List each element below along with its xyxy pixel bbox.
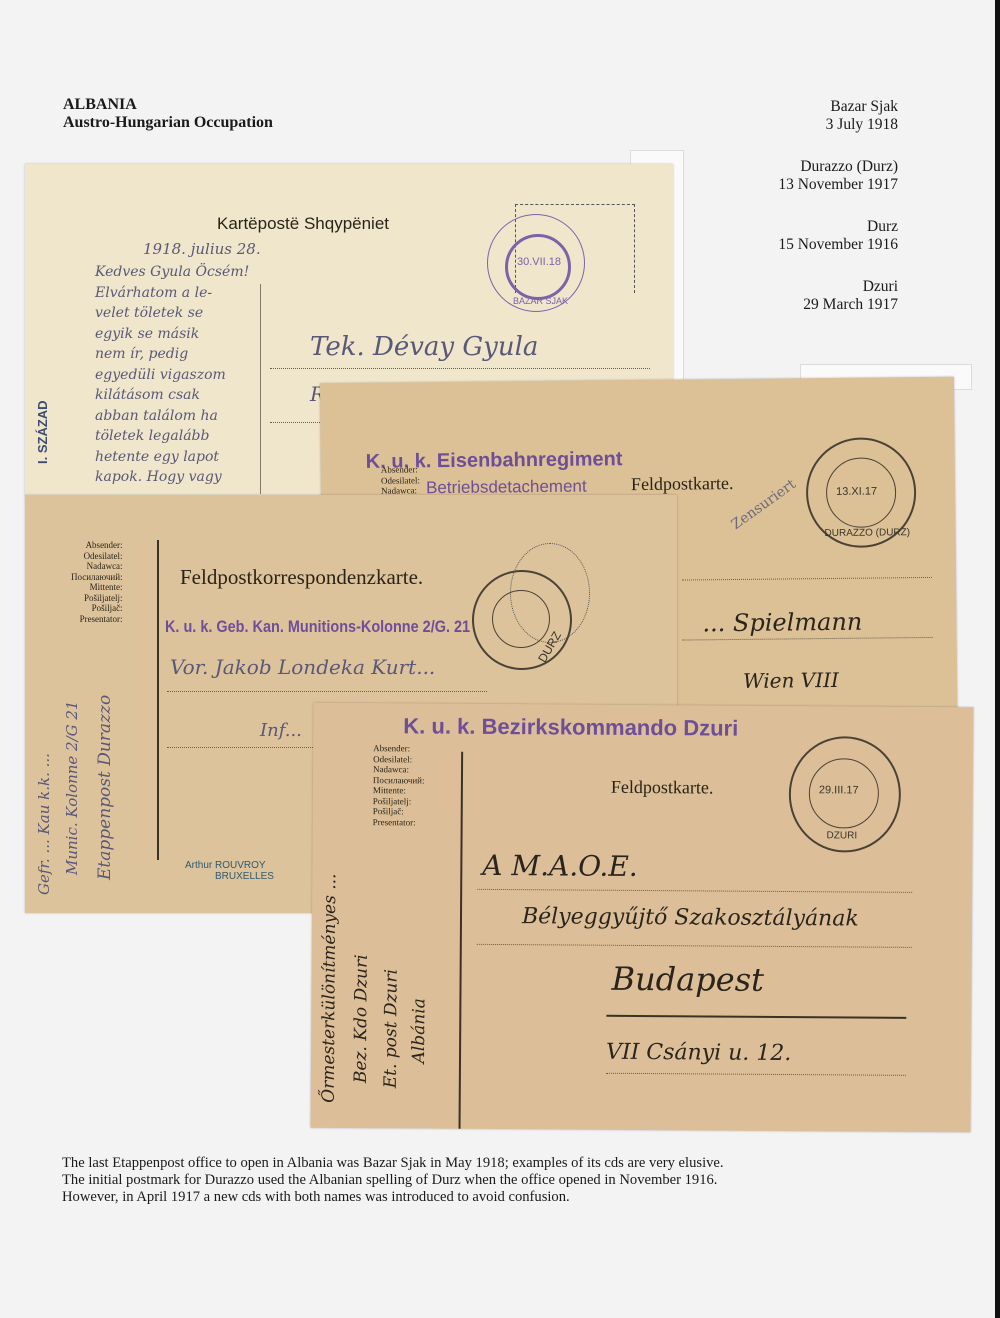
address-name: Vor. Jakob Londeka Kurt... bbox=[170, 655, 435, 679]
postmark-list: Bazar Sjak 3 July 1918 Durazzo (Durz) 13… bbox=[778, 98, 898, 338]
address-line bbox=[167, 691, 487, 692]
sender-labels: Absender:Odesilatel:Nadawca:Посилаючий:M… bbox=[71, 540, 123, 624]
card-title: Kartëpostë Shqypëniet bbox=[217, 214, 389, 234]
sender-label: Absender: bbox=[373, 743, 425, 754]
sender-label: Pošiljač: bbox=[71, 603, 123, 614]
sender-line: Albánia bbox=[409, 998, 429, 1063]
caption-line: The initial postmark for Durazzo used th… bbox=[62, 1172, 942, 1189]
postmark-entry: Dzuri 29 March 1917 bbox=[778, 278, 898, 314]
page-header: ALBANIA Austro-Hungarian Occupation bbox=[63, 96, 273, 132]
label: Absender: bbox=[381, 464, 420, 475]
sender-label: Absender: bbox=[71, 540, 123, 551]
printer-imprint: Arthur ROUVROY BRUXELLES bbox=[185, 860, 274, 882]
address-line bbox=[477, 889, 912, 893]
message-line: Kedves Gyula Öcsém! bbox=[95, 262, 249, 283]
office-name: Durz bbox=[778, 218, 898, 236]
office-name: Dzuri bbox=[778, 278, 898, 296]
sender-label: Odesilatel: bbox=[71, 551, 123, 562]
message-line: velet töletek se bbox=[95, 303, 249, 324]
unit-cachet: K. u. k. Geb. Kan. Munitions-Kolonne 2/G… bbox=[165, 617, 470, 637]
handwritten-message: Kedves Gyula Öcsém!Elvárhatom a le-velet… bbox=[95, 262, 249, 488]
address-name: ... Spielmann bbox=[702, 608, 862, 638]
page-subtitle: Austro-Hungarian Occupation bbox=[63, 114, 273, 132]
message-line: kilátásom csak bbox=[95, 385, 249, 406]
message-line: nem ír, pedig bbox=[95, 344, 249, 365]
sender-label: Mittente: bbox=[71, 582, 123, 593]
address-line: Bélyeggyűjtő Szakosztályának bbox=[522, 904, 859, 931]
sender-labels: Absender: Odesilatel: Nadawca: bbox=[381, 464, 420, 496]
address-street: VII Csányi u. 12. bbox=[606, 1040, 791, 1066]
sender-label: Presentator: bbox=[373, 817, 425, 828]
sender-label: Pošiljatelj: bbox=[373, 796, 425, 807]
divider-line bbox=[260, 284, 261, 494]
side-imprint: I. SZÁZAD bbox=[35, 400, 50, 464]
address-line-2: Inf... bbox=[260, 720, 302, 741]
address-line bbox=[682, 577, 932, 581]
page-caption: The last Etappenpost office to open in A… bbox=[62, 1155, 942, 1206]
card-title: Feldpostkarte. bbox=[631, 473, 734, 495]
address-line bbox=[477, 944, 912, 948]
sender-line: Őrmesterkülönítményes ... bbox=[319, 873, 341, 1102]
postmark-entry: Durz 15 November 1916 bbox=[778, 218, 898, 254]
message-line: Elvárhatom a le- bbox=[95, 283, 249, 304]
sender-label: Odesilatel: bbox=[373, 754, 425, 765]
address-line bbox=[270, 368, 650, 369]
card-title: Feldpostkarte. bbox=[611, 777, 714, 799]
divider-line bbox=[157, 540, 159, 860]
printer-city: BRUXELLES bbox=[215, 871, 274, 882]
sender-label: Посилаючий: bbox=[373, 775, 425, 786]
divider-line bbox=[458, 752, 462, 1133]
sender-label: Nadawca: bbox=[71, 561, 123, 572]
address-line bbox=[606, 1073, 906, 1076]
sender-labels: Absender:Odesilatel:Nadawca:Посилаючий:M… bbox=[373, 743, 425, 827]
censor-mark: Zensuriert bbox=[729, 476, 799, 533]
postmark-entry: Bazar Sjak 3 July 1918 bbox=[778, 98, 898, 134]
message-line: egyik se másik bbox=[95, 324, 249, 345]
address-recipient: A M.A.O.E. bbox=[482, 849, 638, 883]
sender-label: Nadawca: bbox=[373, 764, 425, 775]
sender-label: Presentator: bbox=[71, 614, 123, 625]
postmark-office: DZURI bbox=[827, 830, 858, 841]
postmark-date: 15 November 1916 bbox=[778, 236, 898, 254]
sender-label: Посилаючий: bbox=[71, 572, 123, 583]
card-dzuri: K. u. k. Bezirkskommando Dzuri Absender:… bbox=[311, 703, 974, 1133]
postmark-inner-ring bbox=[492, 590, 550, 648]
postmark-date: 29.III.17 bbox=[819, 784, 859, 796]
sender-line: Munic. Kolonne 2/G 21 bbox=[63, 701, 81, 875]
unit-cachet: K. u. k. Bezirkskommando Dzuri bbox=[403, 713, 738, 741]
message-line: egyedüli vigaszom bbox=[95, 365, 249, 386]
sender-line: Gefr. ... Kau k.k. ... bbox=[35, 753, 53, 895]
printer-name: Arthur ROUVROY bbox=[185, 860, 274, 871]
postmark-date: 29 March 1917 bbox=[778, 296, 898, 314]
message-line: abban találom ha bbox=[95, 406, 249, 427]
postmark-date: 13.XI.17 bbox=[836, 486, 877, 498]
card-title: Feldpostkorrespondenzkarte. bbox=[180, 565, 423, 590]
handwritten-date: 1918. julius 28. bbox=[143, 240, 261, 258]
message-line: hetente egy lapot bbox=[95, 447, 249, 468]
address-name: Tek. Dévay Gyula bbox=[310, 332, 538, 362]
sender-line: Bez. Kdo Dzuri bbox=[351, 954, 372, 1083]
address-line bbox=[683, 637, 933, 641]
postmark-date: 3 July 1918 bbox=[778, 116, 898, 134]
sender-label: Pošiljatelj: bbox=[71, 593, 123, 604]
message-line: kapok. Hogy vagy bbox=[95, 467, 249, 488]
caption-line: The last Etappenpost office to open in A… bbox=[62, 1155, 942, 1172]
sender-line: Etappenpost Durazzo bbox=[95, 695, 115, 880]
postmark-office: DURAZZO (DURZ) bbox=[824, 527, 910, 539]
postmark-office: BAZAR SJAK bbox=[513, 296, 568, 306]
sender-label: Pošiljač: bbox=[373, 806, 425, 817]
underline bbox=[606, 1015, 906, 1019]
sender-label: Mittente: bbox=[373, 785, 425, 796]
postmark-date: 30.VII.18 bbox=[517, 256, 561, 268]
label: Odesilatel: bbox=[381, 475, 420, 486]
address-city: Budapest bbox=[611, 960, 764, 999]
message-line: töletek legalább bbox=[95, 426, 249, 447]
scan-edge bbox=[995, 0, 1000, 1318]
office-name: Bazar Sjak bbox=[778, 98, 898, 116]
country-title: ALBANIA bbox=[63, 96, 273, 114]
sender-line: Et. post Dzuri bbox=[381, 969, 402, 1088]
office-name: Durazzo (Durz) bbox=[778, 158, 898, 176]
caption-line: However, in April 1917 a new cds with bo… bbox=[62, 1189, 942, 1206]
address-city: Wien VIII bbox=[743, 668, 839, 693]
postmark-date: 13 November 1917 bbox=[778, 176, 898, 194]
postmark-entry: Durazzo (Durz) 13 November 1917 bbox=[778, 158, 898, 194]
